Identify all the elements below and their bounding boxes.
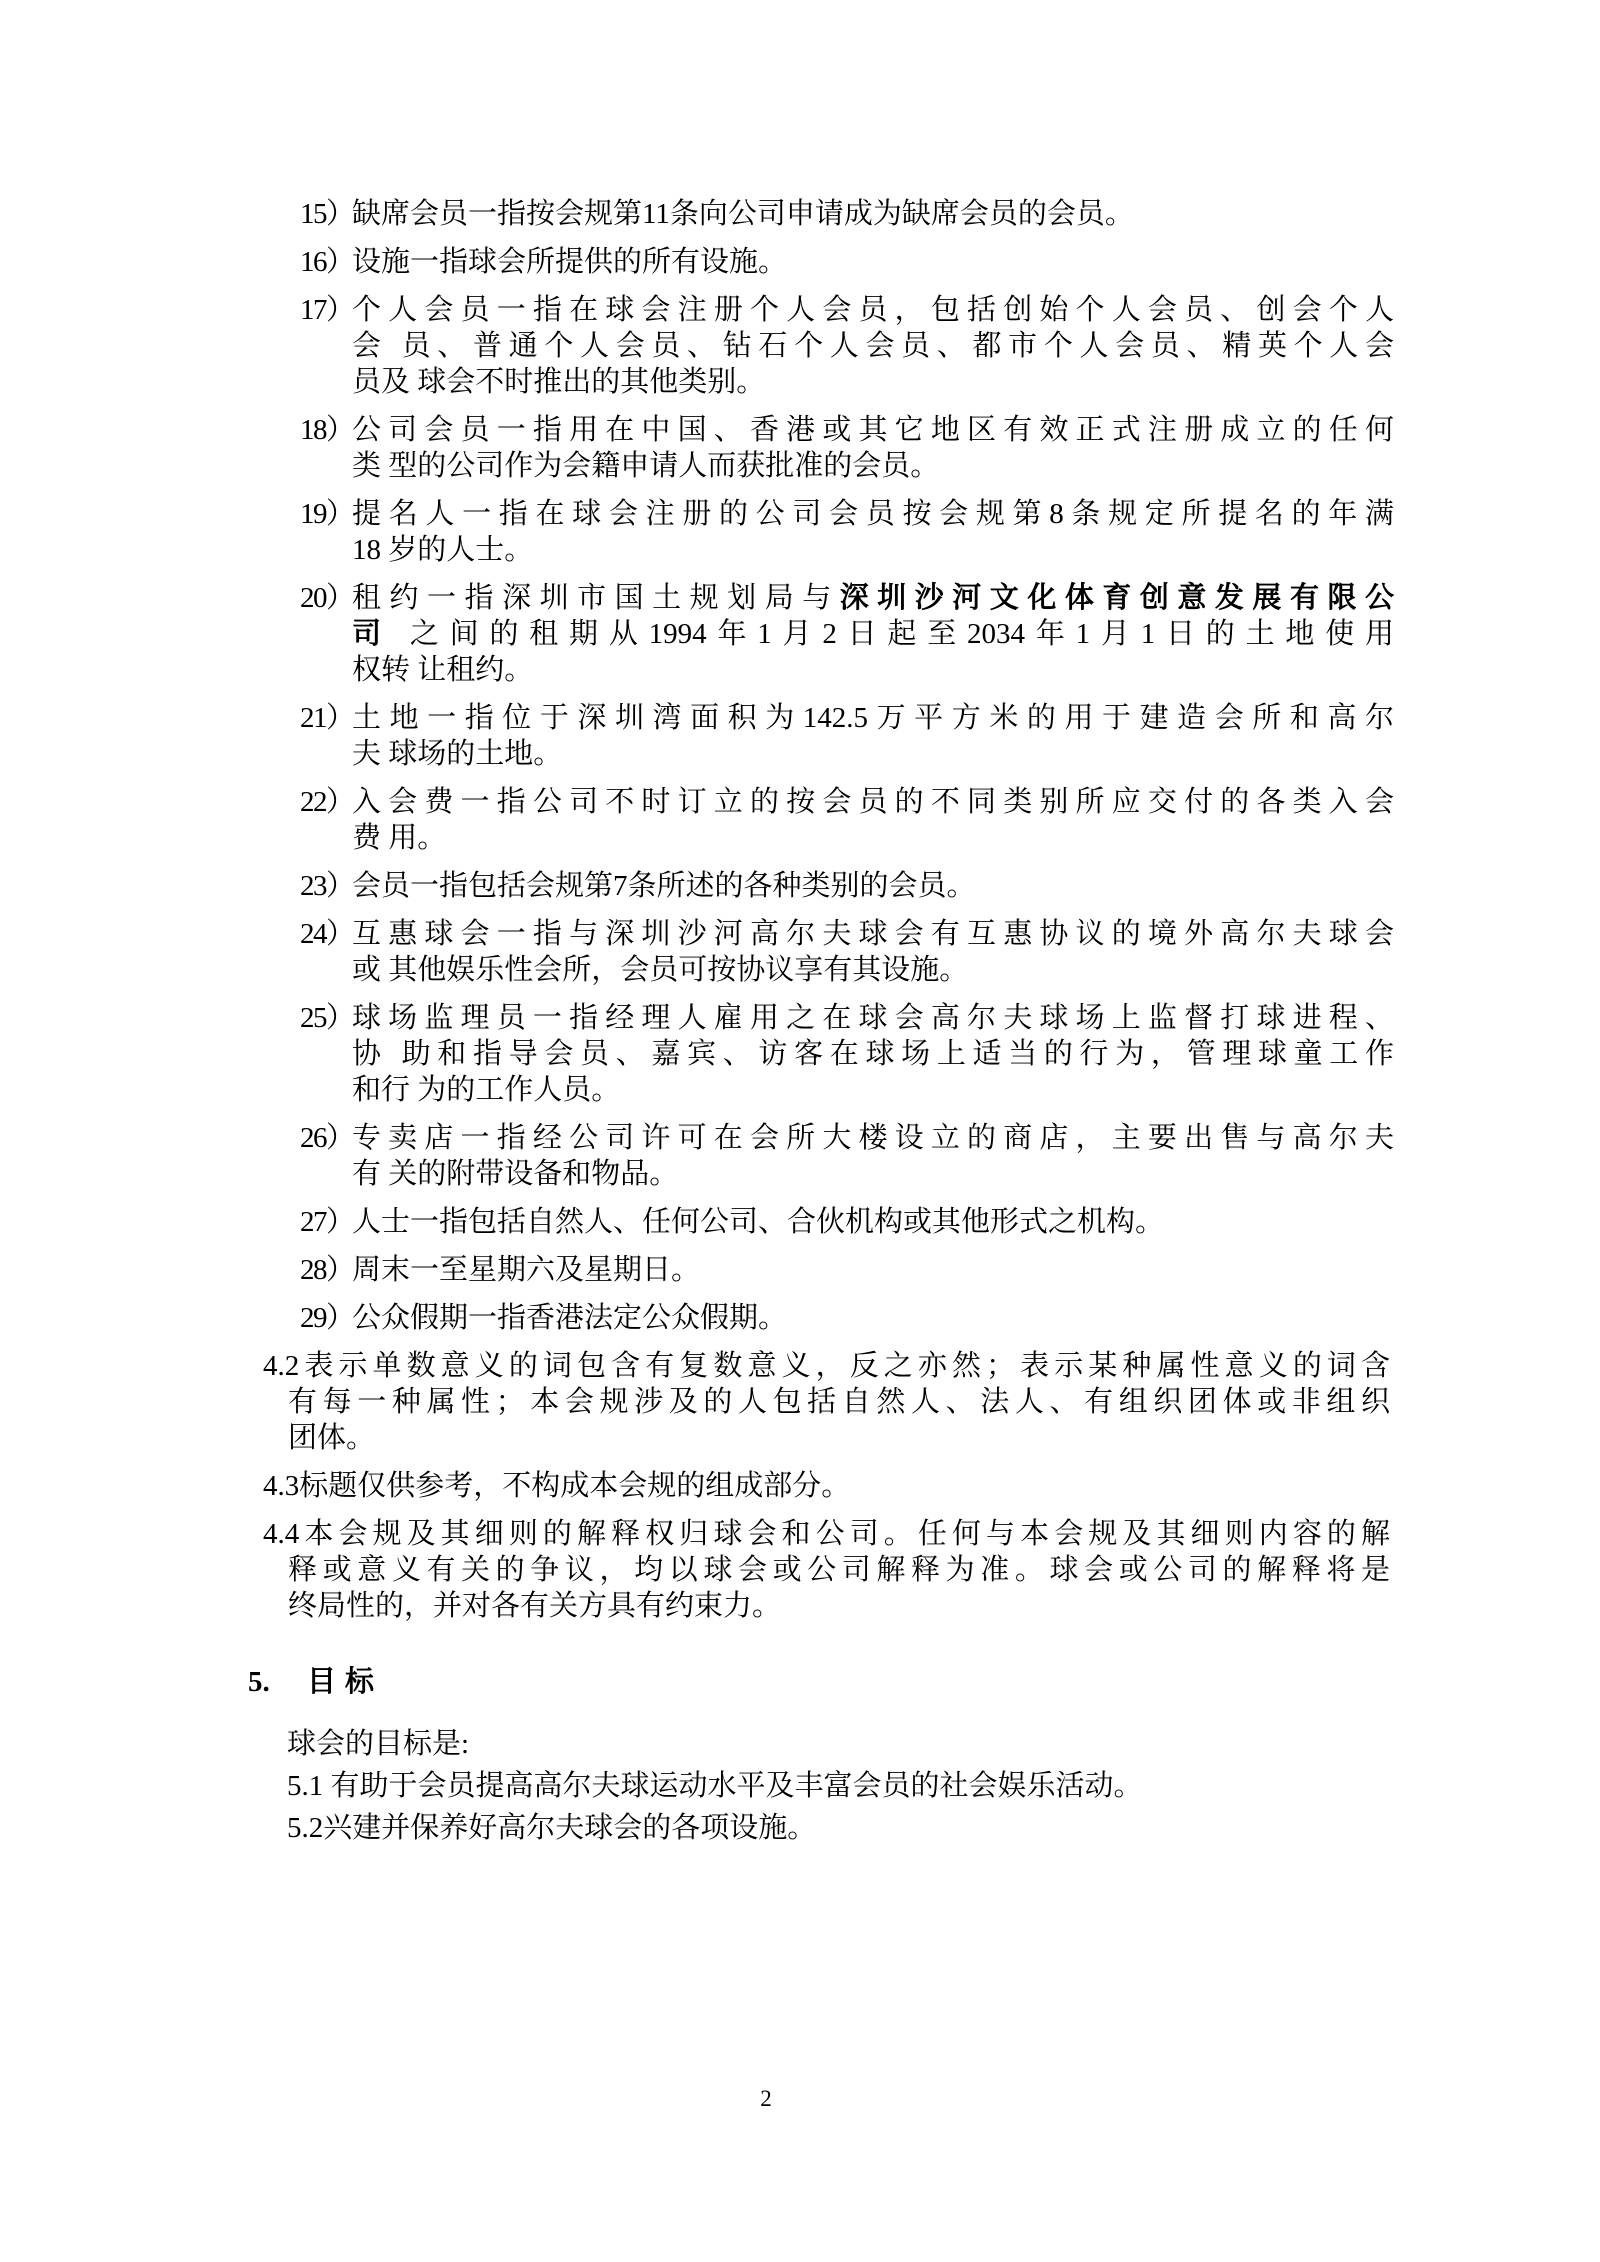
definition-number: 17） — [300, 292, 352, 328]
section-5-intro: 球会的目标是: — [287, 1726, 1600, 1762]
definition-item: 17）个人会员一指在球会注册个人会员，包括创始个人会员、创会个人会 员、普通个人… — [300, 292, 1600, 400]
clause-line: 释或意义有关的争议，均以球会或公司解释为准。球会或公司的解释将是 — [288, 1552, 1390, 1588]
definition-number: 25） — [300, 1000, 352, 1036]
section-5-heading: 5.目标 — [248, 1664, 1600, 1700]
clause-item: 4.4本会规及其细则的解释权归球会和公司。任何与本会规及其细则内容的解释或意义有… — [0, 1516, 1600, 1624]
document-page: 15）缺席会员一指按会规第11条向公司申请成为缺席会员的会员。16）设施一指球会… — [0, 0, 1600, 2262]
text: 协 助和指导会员、嘉宾、访客在球场上适当的行为，管理球童工作 — [352, 1038, 1394, 1070]
definition-number: 29） — [300, 1300, 352, 1336]
clause-line: 4.4本会规及其细则的解释权归球会和公司。任何与本会规及其细则内容的解 — [263, 1516, 1390, 1552]
clause-line: 团体。 — [288, 1420, 1390, 1456]
text: 球场监理员一指经理人雇用之在球会高尔夫球场上监督打球进程、 — [352, 1002, 1394, 1034]
definition-item: 15）缺席会员一指按会规第11条向公司申请成为缺席会员的会员。 — [300, 196, 1600, 232]
definition-line: 互惠球会一指与深圳沙河高尔夫球会有互惠协议的境外高尔夫球会 — [352, 916, 1394, 952]
text: 有 关的附带设备和物品。 — [352, 1158, 678, 1190]
definitions-list: 15）缺席会员一指按会规第11条向公司申请成为缺席会员的会员。16）设施一指球会… — [0, 196, 1600, 1336]
definition-number: 22） — [300, 784, 352, 820]
bold-text: 司 — [352, 618, 392, 650]
text: 18 岁的人士。 — [352, 534, 533, 566]
clauses-list: 4.2表示单数意义的词包含有复数意义，反之亦然；表示某种属性意义的词含有每一种属… — [0, 1348, 1600, 1624]
definition-line: 夫 球场的土地。 — [352, 736, 1394, 772]
text: 公司会员一指用在中国、香港或其它地区有效正式注册成立的任何 — [352, 414, 1394, 446]
bold-text: 深圳沙河文化体育创意发展有限公 — [840, 582, 1394, 614]
clause-line: 4.2表示单数意义的词包含有复数意义，反之亦然；表示某种属性意义的词含 — [263, 1348, 1390, 1384]
definition-line: 土地一指位于深圳湾面积为142.5万平方米的用于建造会所和高尔 — [352, 700, 1394, 736]
definition-number: 23） — [300, 868, 352, 904]
definition-item: 27）人士一指包括自然人、任何公司、合伙机构或其他形式之机构。 — [300, 1204, 1600, 1240]
definition-line: 缺席会员一指按会规第11条向公司申请成为缺席会员的会员。 — [352, 196, 1394, 232]
section-5-item: 5.1 有助于会员提高高尔夫球运动水平及丰富会员的社会娱乐活动。 — [287, 1768, 1600, 1804]
text: 周末一至星期六及星期日。 — [352, 1254, 700, 1286]
clause-line: 4.3标题仅供参考，不构成本会规的组成部分。 — [263, 1468, 1390, 1504]
definition-item: 26）专卖店一指经公司许可在会所大楼设立的商店，主要出售与高尔夫有 关的附带设备… — [300, 1120, 1600, 1192]
definition-item: 29）公众假期一指香港法定公众假期。 — [300, 1300, 1600, 1336]
text: 人士一指包括自然人、任何公司、合伙机构或其他形式之机构。 — [352, 1206, 1164, 1238]
definition-line: 入会费一指公司不时订立的按会员的不同类别所应交付的各类入会 — [352, 784, 1394, 820]
text: 会员一指包括会规第7条所述的各种类别的会员。 — [352, 870, 976, 902]
definition-number: 19） — [300, 496, 352, 532]
definition-item: 28）周末一至星期六及星期日。 — [300, 1252, 1600, 1288]
clause-line: 终局性的，并对各有关方具有约束力。 — [288, 1588, 1390, 1624]
definition-line: 费 用。 — [352, 820, 1394, 856]
definition-item: 25）球场监理员一指经理人雇用之在球会高尔夫球场上监督打球进程、协 助和指导会员… — [300, 1000, 1600, 1108]
definition-item: 18）公司会员一指用在中国、香港或其它地区有效正式注册成立的任何类 型的公司作为… — [300, 412, 1600, 484]
clause-number: 4.3 — [263, 1470, 299, 1502]
section-5: 5.目标 球会的目标是: 5.1 有助于会员提高高尔夫球运动水平及丰富会员的社会… — [0, 1664, 1600, 1846]
section-5-item: 5.2兴建并保养好高尔夫球会的各项设施。 — [287, 1810, 1600, 1846]
definition-number: 27） — [300, 1204, 352, 1240]
text: 设施一指球会所提供的所有设施。 — [352, 246, 787, 278]
definition-line: 18 岁的人士。 — [352, 532, 1394, 568]
definition-line: 权转 让租约。 — [352, 652, 1394, 688]
document-content: 15）缺席会员一指按会规第11条向公司申请成为缺席会员的会员。16）设施一指球会… — [0, 196, 1600, 1852]
section-5-item-number: 5.1 — [287, 1770, 323, 1802]
definition-number: 24） — [300, 916, 352, 952]
text: 员及 球会不时推出的其他类别。 — [352, 366, 765, 398]
text: 租约一指深圳市国土规划局与 — [352, 582, 840, 614]
definition-number: 15） — [300, 196, 352, 232]
definition-number: 20） — [300, 580, 352, 616]
clause-item: 4.3标题仅供参考，不构成本会规的组成部分。 — [0, 1468, 1600, 1504]
definition-line: 公众假期一指香港法定公众假期。 — [352, 1300, 1394, 1336]
definition-item: 19）提名人一指在球会注册的公司会员按会规第8条规定所提名的年满18 岁的人士。 — [300, 496, 1600, 568]
text: 入会费一指公司不时订立的按会员的不同类别所应交付的各类入会 — [352, 786, 1394, 818]
definition-line: 专卖店一指经公司许可在会所大楼设立的商店，主要出售与高尔夫 — [352, 1120, 1394, 1156]
definition-line: 类 型的公司作为会籍申请人而获批准的会员。 — [352, 448, 1394, 484]
definition-line: 设施一指球会所提供的所有设施。 — [352, 244, 1394, 280]
definition-line: 人士一指包括自然人、任何公司、合伙机构或其他形式之机构。 — [352, 1204, 1394, 1240]
definition-item: 16）设施一指球会所提供的所有设施。 — [300, 244, 1600, 280]
text: 类 型的公司作为会籍申请人而获批准的会员。 — [352, 450, 939, 482]
text: 个人会员一指在球会注册个人会员，包括创始个人会员、创会个人 — [352, 294, 1394, 326]
definition-line: 提名人一指在球会注册的公司会员按会规第8条规定所提名的年满 — [352, 496, 1394, 532]
definition-line: 和行 为的工作人员。 — [352, 1072, 1394, 1108]
definition-item: 23）会员一指包括会规第7条所述的各种类别的会员。 — [300, 868, 1600, 904]
definition-line: 员及 球会不时推出的其他类别。 — [352, 364, 1394, 400]
definition-line: 球场监理员一指经理人雇用之在球会高尔夫球场上监督打球进程、 — [352, 1000, 1394, 1036]
section-5-item-text: 有助于会员提高高尔夫球运动水平及丰富会员的社会娱乐活动。 — [323, 1770, 1142, 1802]
definition-line: 会员一指包括会规第7条所述的各种类别的会员。 — [352, 868, 1394, 904]
definition-line: 有 关的附带设备和物品。 — [352, 1156, 1394, 1192]
text: 提名人一指在球会注册的公司会员按会规第8条规定所提名的年满 — [352, 498, 1394, 530]
definition-number: 28） — [300, 1252, 352, 1288]
clause-number: 4.2 — [263, 1350, 299, 1382]
section-5-title: 目标 — [307, 1666, 383, 1698]
text: 互惠球会一指与深圳沙河高尔夫球会有互惠协议的境外高尔夫球会 — [352, 918, 1394, 950]
text: 和行 为的工作人员。 — [352, 1074, 620, 1106]
text: 夫 球场的土地。 — [352, 738, 562, 770]
text: 权转 让租约。 — [352, 654, 533, 686]
text: 费 用。 — [352, 822, 446, 854]
text: 公众假期一指香港法定公众假期。 — [352, 1302, 787, 1334]
section-5-items: 5.1 有助于会员提高高尔夫球运动水平及丰富会员的社会娱乐活动。5.2兴建并保养… — [287, 1768, 1600, 1846]
text: 或 其他娱乐性会所，会员可按协议享有其设施。 — [352, 954, 968, 986]
text: 缺席会员一指按会规第11条向公司申请成为缺席会员的会员。 — [352, 198, 1134, 230]
definition-line: 租约一指深圳市国土规划局与深圳沙河文化体育创意发展有限公 — [352, 580, 1394, 616]
text: 专卖店一指经公司许可在会所大楼设立的商店，主要出售与高尔夫 — [352, 1122, 1394, 1154]
definition-line: 司 之间的租期从1994年1月2日起至2034年1月1日的土地使用 — [352, 616, 1394, 652]
definition-line: 个人会员一指在球会注册个人会员，包括创始个人会员、创会个人 — [352, 292, 1394, 328]
definition-item: 24）互惠球会一指与深圳沙河高尔夫球会有互惠协议的境外高尔夫球会或 其他娱乐性会… — [300, 916, 1600, 988]
definition-number: 16） — [300, 244, 352, 280]
definition-line: 协 助和指导会员、嘉宾、访客在球场上适当的行为，管理球童工作 — [352, 1036, 1394, 1072]
clause-number: 4.4 — [263, 1518, 299, 1550]
definition-line: 会 员、普通个人会员、钻石个人会员、都市个人会员、精英个人会 — [352, 328, 1394, 364]
definition-line: 或 其他娱乐性会所，会员可按协议享有其设施。 — [352, 952, 1394, 988]
definition-number: 18） — [300, 412, 352, 448]
text: 土地一指位于深圳湾面积为142.5万平方米的用于建造会所和高尔 — [352, 702, 1394, 734]
definition-number: 21） — [300, 700, 352, 736]
definition-item: 20）租约一指深圳市国土规划局与深圳沙河文化体育创意发展有限公司 之间的租期从1… — [300, 580, 1600, 688]
definition-line: 周末一至星期六及星期日。 — [352, 1252, 1394, 1288]
page-number: 2 — [0, 2086, 1532, 2112]
definition-line: 公司会员一指用在中国、香港或其它地区有效正式注册成立的任何 — [352, 412, 1394, 448]
section-5-item-number: 5.2 — [287, 1812, 323, 1844]
text: 之间的租期从1994年1月2日起至2034年1月1日的土地使用 — [392, 618, 1394, 650]
section-5-number: 5. — [248, 1664, 307, 1700]
definition-number: 26） — [300, 1120, 352, 1156]
clause-item: 4.2表示单数意义的词包含有复数意义，反之亦然；表示某种属性意义的词含有每一种属… — [0, 1348, 1600, 1456]
section-5-body: 球会的目标是: 5.1 有助于会员提高高尔夫球运动水平及丰富会员的社会娱乐活动。… — [287, 1726, 1600, 1846]
section-5-item-text: 兴建并保养好高尔夫球会的各项设施。 — [323, 1812, 816, 1844]
definition-item: 22）入会费一指公司不时订立的按会员的不同类别所应交付的各类入会费 用。 — [300, 784, 1600, 856]
text: 会 员、普通个人会员、钻石个人会员、都市个人会员、精英个人会 — [352, 330, 1394, 362]
clause-line: 有每一种属性；本会规涉及的人包括自然人、法人、有组织团体或非组织 — [288, 1384, 1390, 1420]
definition-item: 21）土地一指位于深圳湾面积为142.5万平方米的用于建造会所和高尔夫 球场的土… — [300, 700, 1600, 772]
